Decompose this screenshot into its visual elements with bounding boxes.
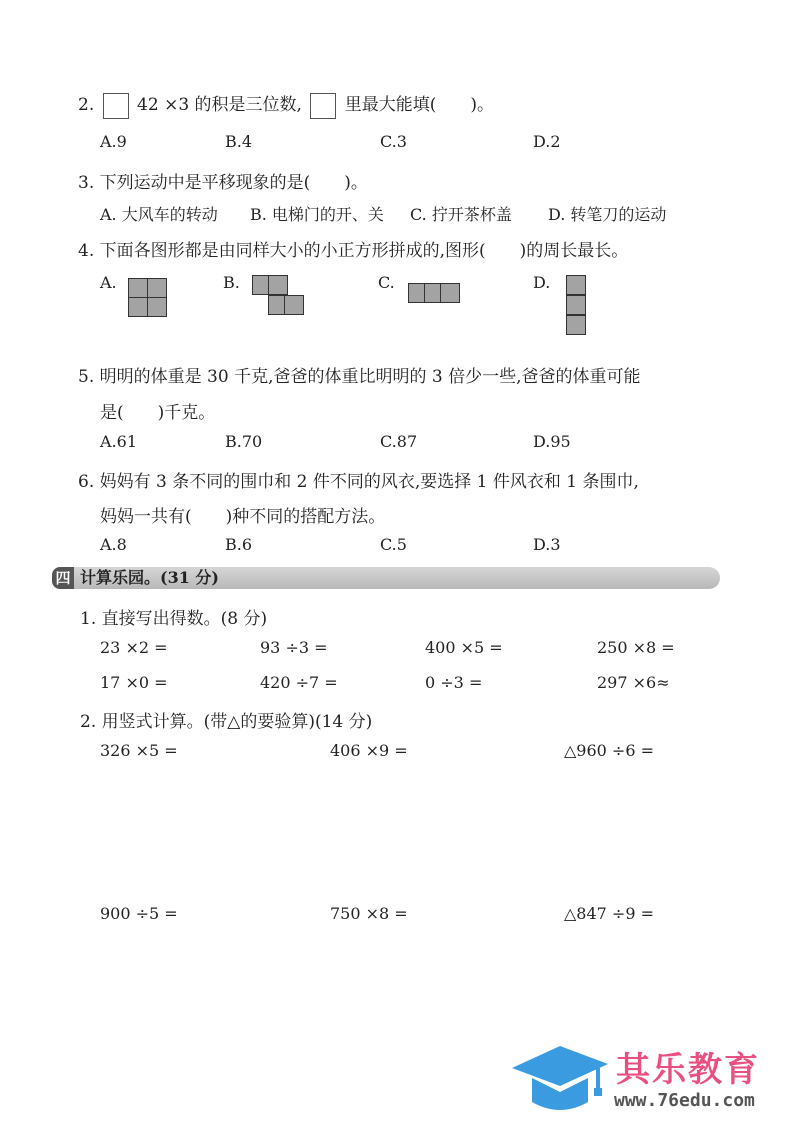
option-c[interactable]: C.87 <box>380 432 417 451</box>
section-number: 四 <box>52 567 74 589</box>
calc-item: 17 ×0 = <box>100 673 168 692</box>
question-text: 里最大能填( )。 <box>345 95 494 115</box>
question-4: 4. 下面各图形都是由同样大小的小正方形拼成的,图形( )的周长最长。 <box>78 236 628 261</box>
calc-item: 250 ×8 = <box>597 638 675 657</box>
question-text: 42 ×3 的积是三位数, <box>137 95 302 115</box>
option-a[interactable]: A.61 <box>100 432 137 451</box>
question-6-line-2: 妈妈一共有( )种不同的搭配方法。 <box>100 502 385 527</box>
vertical-calc-item: △960 ÷6 = <box>564 741 654 760</box>
question-5-line-2: 是( )千克。 <box>100 398 215 423</box>
part-1-title: 1. 直接写出得数。(8 分) <box>80 604 267 629</box>
calc-item: 420 ÷7 = <box>260 673 338 692</box>
calc-item: 93 ÷3 = <box>260 638 328 657</box>
vertical-calc-item: 750 ×8 = <box>330 904 408 923</box>
option-b[interactable]: B. 电梯门的开、关 <box>250 202 384 225</box>
question-3: 3. 下列运动中是平移现象的是( )。 <box>78 168 368 193</box>
option-a[interactable]: A.8 <box>100 535 127 554</box>
question-6-line-1: 6. 妈妈有 3 条不同的围巾和 2 件不同的风衣,要选择 1 件风衣和 1 条… <box>78 467 639 492</box>
vertical-calc-item: 326 ×5 = <box>100 741 178 760</box>
option-c[interactable]: C. 拧开茶杯盖 <box>410 202 512 225</box>
option-b[interactable]: B.6 <box>225 535 252 554</box>
graduation-cap-icon <box>510 1040 610 1115</box>
option-c[interactable]: C.5 <box>380 535 407 554</box>
calc-item: 23 ×2 = <box>100 638 168 657</box>
question-2: 2. 42 ×3 的积是三位数, 里最大能填( )。 <box>78 90 494 119</box>
calc-item: 400 ×5 = <box>425 638 503 657</box>
watermark-logo: 其乐教育 www.76edu.com <box>510 1040 790 1115</box>
calc-item: 297 ×6≈ <box>597 673 670 692</box>
vertical-calc-item: 406 ×9 = <box>330 741 408 760</box>
option-b[interactable]: B.4 <box>225 132 252 151</box>
part-2-title: 2. 用竖式计算。(带△的要验算)(14 分) <box>80 707 372 732</box>
calc-item: 0 ÷3 = <box>425 673 482 692</box>
blank-box[interactable] <box>310 93 336 119</box>
option-a[interactable]: A.9 <box>100 132 127 151</box>
option-b[interactable]: B.70 <box>225 432 262 451</box>
option-d[interactable]: D. <box>533 273 550 292</box>
option-c[interactable]: C. <box>378 273 395 292</box>
vertical-calc-item: 900 ÷5 = <box>100 904 178 923</box>
vertical-calc-item: △847 ÷9 = <box>564 904 654 923</box>
option-a[interactable]: A. 大风车的转动 <box>100 202 218 225</box>
option-d[interactable]: D. 转笔刀的运动 <box>548 202 666 225</box>
option-d[interactable]: D.2 <box>533 132 561 151</box>
option-a[interactable]: A. <box>100 273 117 292</box>
blank-box[interactable] <box>103 93 129 119</box>
option-c[interactable]: C.3 <box>380 132 407 151</box>
option-d[interactable]: D.3 <box>533 535 561 554</box>
section-title: 计算乐园。(31 分) <box>80 567 219 589</box>
option-d[interactable]: D.95 <box>533 432 571 451</box>
watermark-url[interactable]: www.76edu.com <box>614 1090 755 1111</box>
option-b[interactable]: B. <box>223 273 240 292</box>
question-number: 2. <box>78 95 94 115</box>
question-5-line-1: 5. 明明的体重是 30 千克,爸爸的体重比明明的 3 倍少一些,爸爸的体重可能 <box>78 362 641 387</box>
watermark-title: 其乐教育 <box>616 1042 760 1091</box>
